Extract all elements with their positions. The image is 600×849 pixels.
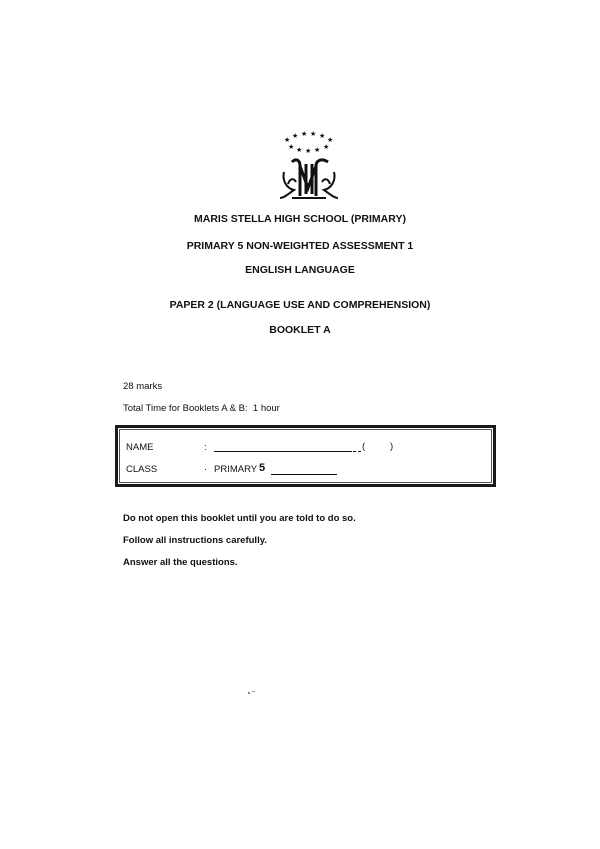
- class-label: CLASS: [126, 464, 157, 475]
- class-field[interactable]: [271, 464, 337, 475]
- svg-text:★: ★: [301, 130, 307, 138]
- svg-text:★: ★: [292, 132, 298, 140]
- name-field[interactable]: [214, 441, 352, 452]
- register-number-close: ): [390, 441, 393, 452]
- school-crest-icon: ★ ★ ★ ★ ★ ★ ★ ★ ★ ★ ★: [270, 128, 350, 204]
- class-separator: ·: [204, 464, 207, 475]
- booklet-title: BOOKLET A: [0, 324, 600, 336]
- class-prefix: PRIMARY: [214, 464, 257, 475]
- svg-text:★: ★: [288, 143, 294, 151]
- scan-speck: [252, 691, 255, 692]
- svg-text:★: ★: [296, 146, 302, 154]
- marks-text: 28 marks: [123, 381, 162, 392]
- svg-text:★: ★: [319, 132, 325, 140]
- school-name: MARIS STELLA HIGH SCHOOL (PRIMARY): [0, 213, 600, 225]
- assessment-title: PRIMARY 5 NON-WEIGHTED ASSESSMENT 1: [0, 240, 600, 252]
- instruction-item: Answer all the questions.: [123, 557, 238, 568]
- student-info-box: NAME : ( ) CLASS · PRIMARY 5: [115, 425, 496, 487]
- subject-title: ENGLISH LANGUAGE: [0, 264, 600, 276]
- register-number-open: (: [362, 441, 365, 452]
- instruction-item: Follow all instructions carefully.: [123, 535, 267, 546]
- svg-text:★: ★: [314, 146, 320, 154]
- svg-text:★: ★: [305, 147, 311, 155]
- time-text: Total Time for Booklets A & B: 1 hour: [123, 403, 280, 414]
- paper-title: PAPER 2 (LANGUAGE USE AND COMPREHENSION): [0, 299, 600, 311]
- class-number: 5: [259, 462, 265, 474]
- scan-speck: [248, 692, 250, 694]
- svg-text:★: ★: [310, 130, 316, 138]
- name-field-tail: [353, 441, 361, 452]
- instruction-item: Do not open this booklet until you are t…: [123, 513, 356, 524]
- name-separator: :: [204, 442, 207, 453]
- name-label: NAME: [126, 442, 153, 453]
- register-number-field[interactable]: [369, 439, 389, 453]
- svg-text:★: ★: [323, 143, 329, 151]
